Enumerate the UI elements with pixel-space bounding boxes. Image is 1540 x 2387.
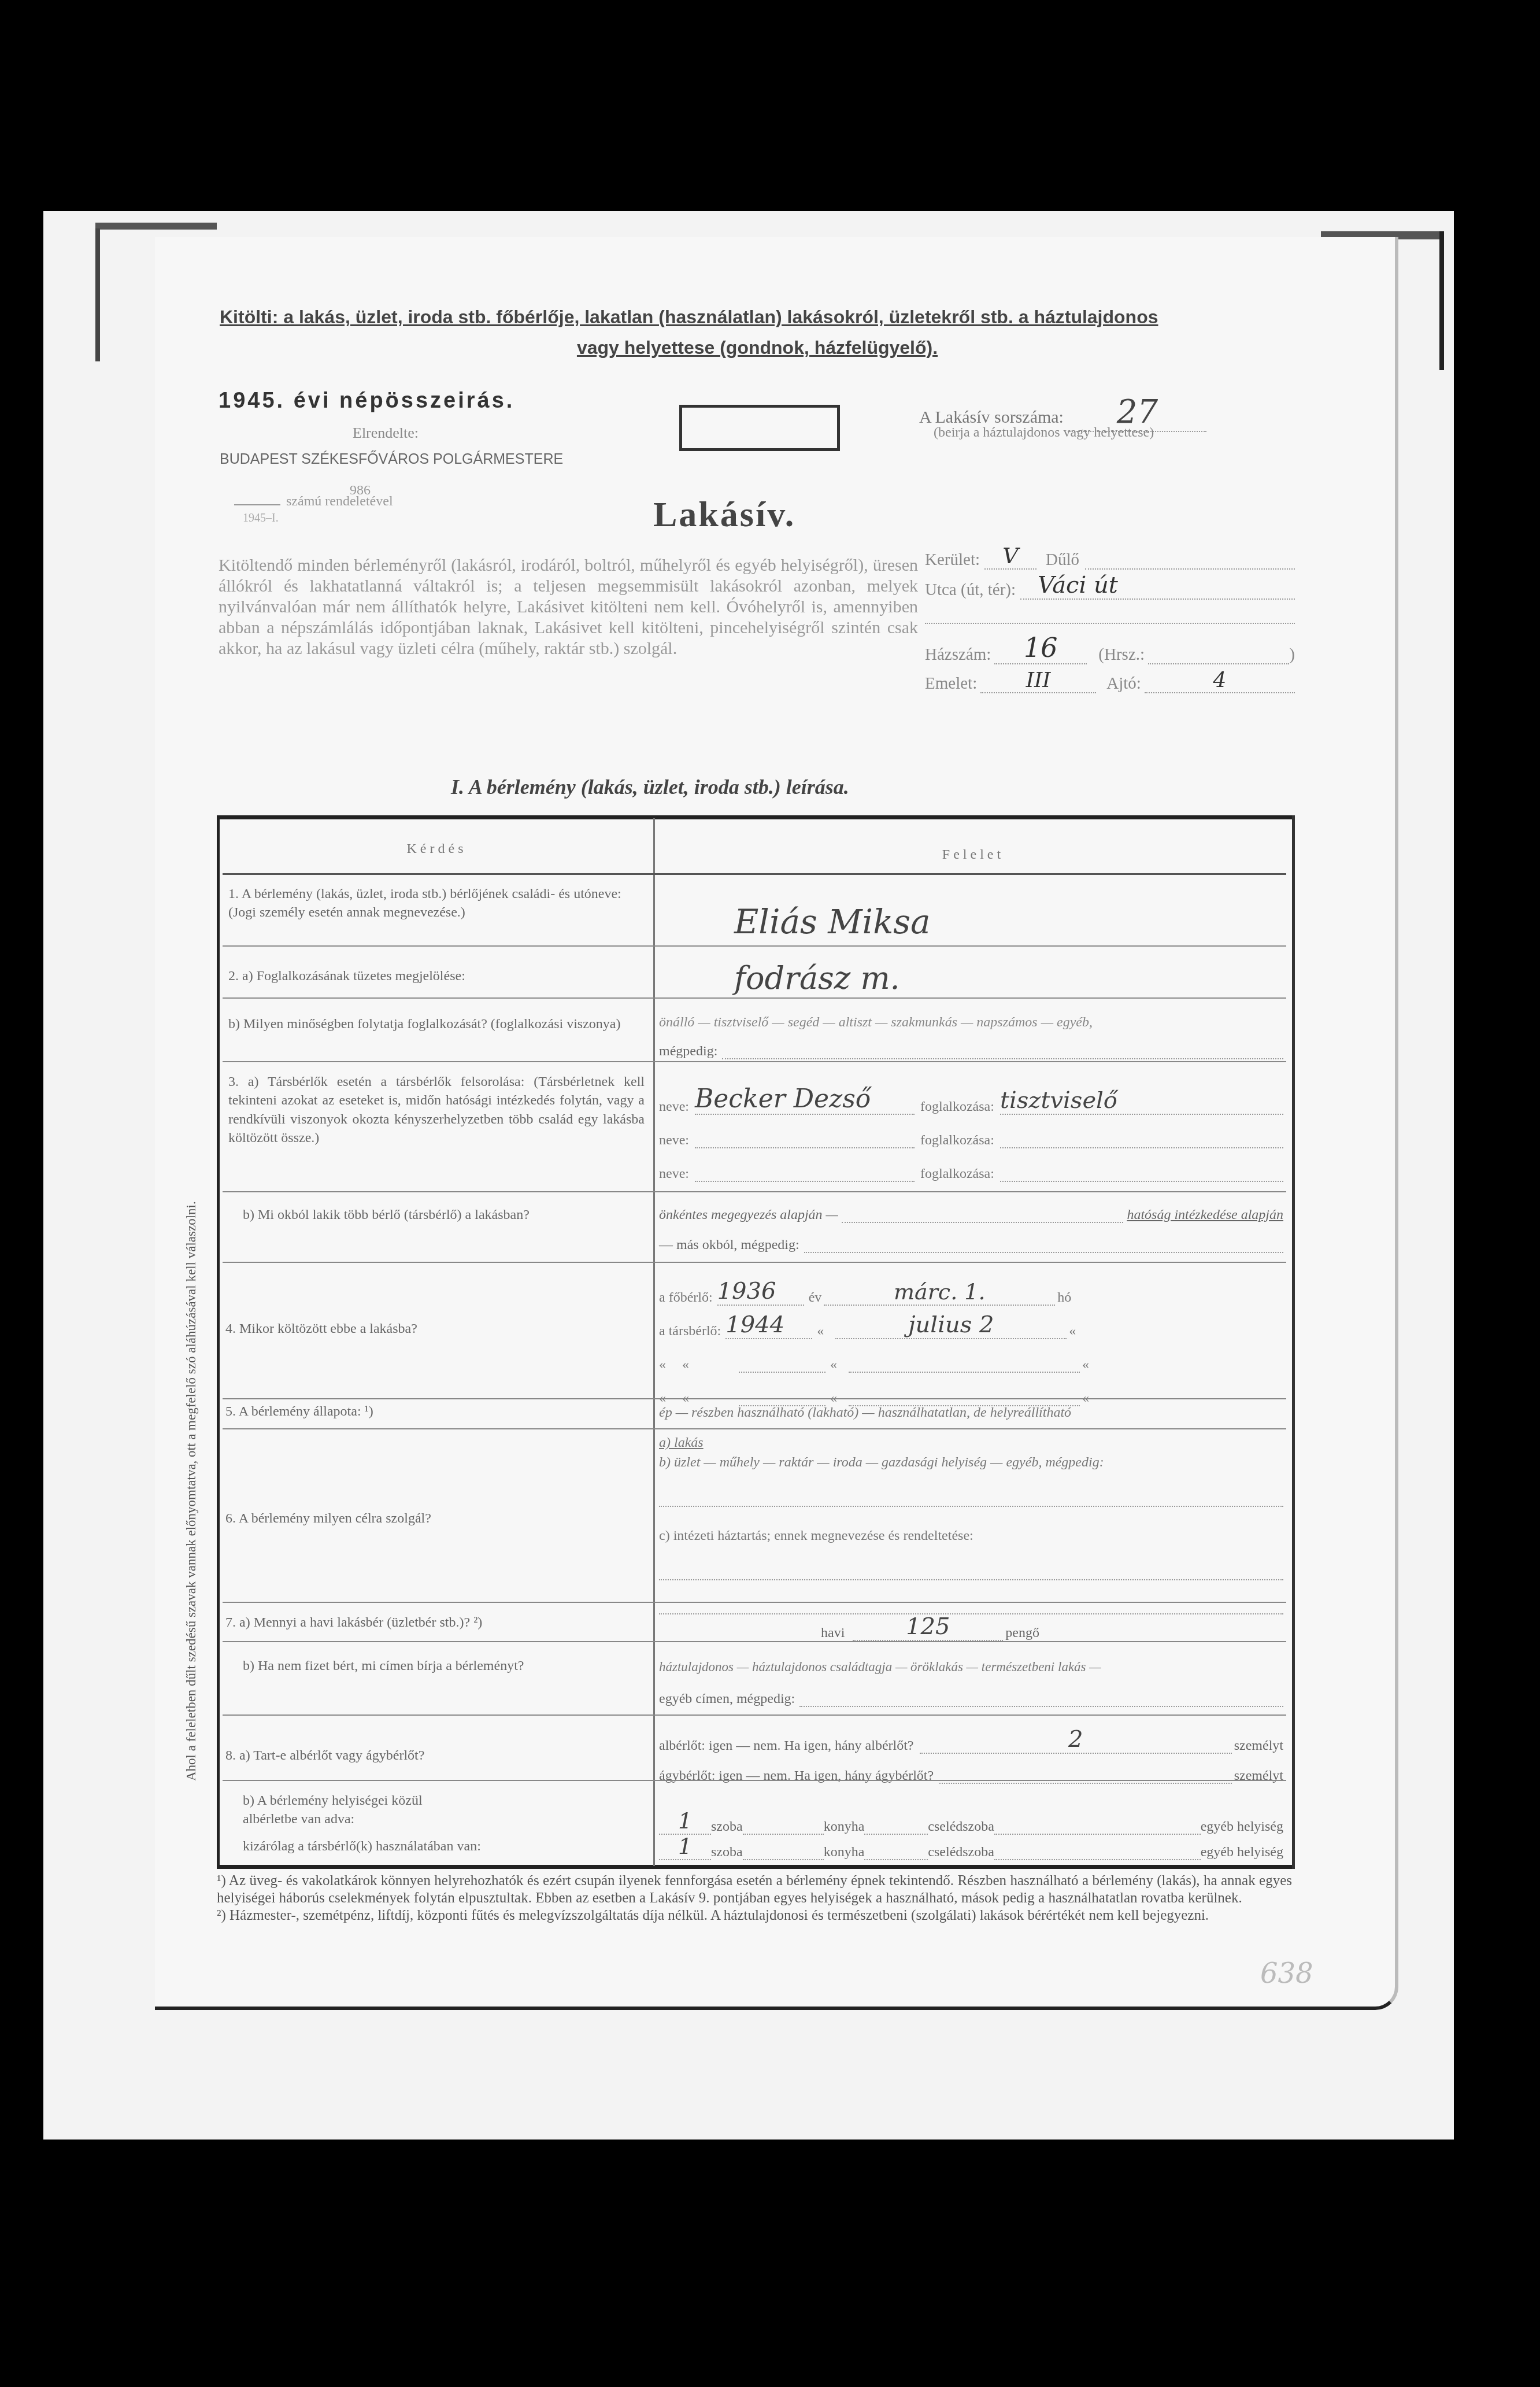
q8a-text: 8. a) Tart-e albérlőt vagy ágybérlőt?	[225, 1746, 642, 1765]
other-title-field[interactable]	[799, 1691, 1283, 1707]
purpose-business[interactable]: b) üzlet — műhely — raktár — iroda — gaz…	[659, 1455, 1283, 1495]
spacer-dots	[842, 1207, 1123, 1223]
name-label: neve:	[659, 1166, 689, 1182]
main-tenant-label: a főbérlő:	[659, 1290, 713, 1306]
archive-mark: 638	[1260, 1957, 1313, 1990]
a2b-megpedig: mégpedig:	[659, 1044, 1283, 1059]
row-rule	[223, 1714, 1286, 1716]
occupation-label: foglalkozása:	[920, 1099, 994, 1115]
room-label: szoba	[711, 1819, 743, 1835]
q8b-text: b) A bérlemény helyiségei közül albérlet…	[243, 1791, 642, 1856]
section-title: I. A bérlemény (lakás, üzlet, iroda stb.…	[451, 775, 849, 799]
footnote-2: ²) Házmester-, szemétpénz, liftdíj, közp…	[217, 1907, 1292, 1924]
row-rule	[223, 1780, 1286, 1781]
option-voluntary[interactable]: önkéntes megegyezés alapján —	[659, 1207, 838, 1223]
megpedig-label: mégpedig:	[659, 1044, 717, 1059]
a7b-options[interactable]: háztulajdonos — háztulajdonos családtagj…	[659, 1660, 1283, 1675]
bed-tenant-yes-no[interactable]: ágybérlőt: igen — nem. Ha igen, hány ágy…	[659, 1768, 934, 1784]
hrsz-close: )	[1289, 645, 1295, 664]
other-room-count[interactable]	[994, 1859, 1201, 1860]
row-rule	[223, 1641, 1286, 1642]
table-top-rule	[217, 815, 1292, 819]
purpose-institutional[interactable]: c) intézeti háztartás; ennek megnevezése…	[659, 1528, 1283, 1569]
footnote-1: ¹) Az üveg- és vakolatkárok könnyen hely…	[217, 1872, 1292, 1907]
maid-room-label: cselédszoba	[928, 1819, 994, 1835]
hrsz-field[interactable]	[1148, 663, 1289, 664]
q3a-text: 3. a) Társbérlők esetén a társbérlők fel…	[228, 1073, 645, 1148]
decree-year: 1945–I.	[243, 512, 279, 525]
door-label: Ajtó:	[1106, 674, 1141, 693]
serial-label: A Lakásív sorszáma:	[919, 408, 1064, 427]
district-label: Kerület:	[925, 550, 980, 570]
name-label: neve:	[659, 1133, 689, 1148]
table-bottom-rule	[217, 1865, 1292, 1869]
a1-tenant-name[interactable]: Eliás Miksa	[734, 902, 931, 941]
q4-text: 4. Mikor költözött ebbe a lakásba?	[225, 1320, 642, 1338]
q7a-text: 7. a) Mennyi a havi lakásbér (üzletbér s…	[225, 1613, 642, 1632]
kitchen-count[interactable]	[743, 1834, 824, 1835]
district-row: Kerület: V Dűlő	[925, 541, 1295, 570]
maid-room-count[interactable]	[864, 1859, 928, 1860]
q7b-text: b) Ha nem fizet bért, mi címen bírja a b…	[243, 1657, 642, 1675]
extra-year-field[interactable]	[739, 1372, 825, 1373]
form-title: Lakásív.	[653, 494, 795, 535]
col-answer-header: F e l e l e t	[655, 847, 1288, 863]
other-reason-field[interactable]	[804, 1237, 1283, 1253]
census-title: 1945. évi népösszeirás.	[219, 389, 514, 413]
purpose-institutional-field[interactable]	[659, 1579, 1283, 1580]
cotenant-occupation-field[interactable]	[1000, 1181, 1283, 1182]
cotenant-room-count[interactable]: 1	[659, 1834, 711, 1860]
scan-edge-left	[95, 228, 100, 361]
column-divider	[653, 818, 655, 1866]
other-room-label: egyéb helyiség	[1201, 1845, 1283, 1860]
q1-text: 1. A bérlemény (lakás, üzlet, iroda stb.…	[228, 885, 645, 922]
a7a-rent: havi 125 pengő	[821, 1613, 1039, 1641]
q8b-sublet-label: b) A bérlemény helyiségei közül albérlet…	[243, 1791, 439, 1829]
move-in-dates: a főbérlő: 1936 év márc. 1. hó a társbér…	[659, 1272, 1179, 1406]
decree-suffix: számú rendeletével	[286, 494, 393, 509]
kitchen-count[interactable]	[743, 1859, 824, 1860]
other-room-count[interactable]	[994, 1834, 1201, 1835]
room-label: szoba	[711, 1845, 743, 1860]
street-row: Utca (út, tér): Váci út	[925, 570, 1295, 600]
a3b-other: — más okból, mégpedig:	[659, 1237, 1283, 1253]
a8a-subtenants: albérlőt: igen — nem. Ha igen, hány albé…	[659, 1726, 1283, 1784]
cotenant-list: neve: Becker Dezső foglalkozása: tisztvi…	[659, 1081, 1283, 1182]
other-room-label: egyéb helyiség	[1201, 1819, 1283, 1835]
occupation-label: foglalkozása:	[920, 1166, 994, 1182]
maid-room-label: cselédszoba	[928, 1845, 994, 1860]
purpose-business-field[interactable]	[659, 1505, 1283, 1507]
cotenant-name-field[interactable]: Becker Dezső	[695, 1084, 915, 1115]
co-tenant-label: a társbérlő:	[659, 1324, 721, 1339]
street-field-cont[interactable]	[925, 600, 1295, 624]
a5-condition-options[interactable]: ép — részben használható (lakható) — has…	[659, 1405, 1283, 1421]
ditto-mark: «	[682, 1357, 734, 1373]
q6-text: 6. A bérlemény milyen célra szolgál?	[225, 1509, 642, 1528]
row-rule	[223, 1398, 1286, 1399]
ditto-mark: «	[1082, 1357, 1089, 1373]
scan-edge-right	[1439, 231, 1444, 370]
kitchen-label: konyha	[824, 1845, 865, 1860]
address-block: Kerület: V Dűlő Utca (út, tér): Váci út …	[925, 541, 1295, 693]
a2a-occupation[interactable]: fodrász m.	[734, 960, 900, 996]
a7b-other: egyéb címen, mégpedig:	[659, 1691, 1283, 1707]
a3b-options: önkéntes megegyezés alapján — hatóság in…	[659, 1207, 1283, 1223]
option-authority[interactable]: hatóság intézkedése alapján	[1127, 1207, 1283, 1223]
row-rule	[223, 1262, 1286, 1263]
purpose-institutional-field-2[interactable]	[659, 1584, 1283, 1614]
instructions-paragraph: Kitöltendő minden bérleményről (lakásról…	[219, 555, 918, 659]
co-year-field[interactable]: 1944	[725, 1311, 812, 1339]
purpose-dwelling[interactable]: a) lakás	[659, 1435, 1283, 1455]
row-rule	[223, 997, 1286, 999]
name-label: neve:	[659, 1099, 689, 1115]
sublet-room-count[interactable]: 1	[659, 1808, 711, 1835]
row-rule	[223, 1428, 1286, 1429]
cotenant-occupation-field[interactable]: tisztviselő	[1000, 1087, 1283, 1115]
main-year-field[interactable]: 1936	[717, 1278, 804, 1306]
district-field[interactable]: V	[984, 543, 1036, 570]
extra-date-row: « « « «	[659, 1373, 1179, 1406]
stamp-box	[679, 405, 840, 451]
main-tenant-date: a főbérlő: 1936 év márc. 1. hó	[659, 1272, 1179, 1306]
ditto-mark: «	[817, 1324, 824, 1339]
col-question-header: K é r d é s	[217, 841, 653, 857]
floor-row: Emelet: III Ajtó: 4	[925, 664, 1295, 693]
a2b-megpedig-field[interactable]	[722, 1044, 1283, 1059]
row-rule	[223, 945, 1286, 947]
monthly-label: havi	[821, 1625, 845, 1641]
main-month-field[interactable]: márc. 1.	[824, 1279, 1055, 1306]
hrsz-label: (Hrsz.:	[1098, 645, 1145, 664]
q2b-text: b) Milyen minőségben folytatja foglalkoz…	[228, 1015, 645, 1033]
bed-tenant-count-field[interactable]	[939, 1783, 1232, 1784]
footnotes: ¹) Az üveg- és vakolatkárok könnyen hely…	[217, 1872, 1292, 1924]
extra-date-row: « « « «	[659, 1339, 1179, 1373]
co-month-field[interactable]: julius 2	[835, 1311, 1067, 1339]
person-unit: személyt	[1234, 1768, 1283, 1784]
person-unit: személyt	[1234, 1738, 1283, 1754]
maid-room-count[interactable]	[864, 1834, 928, 1835]
authority: BUDAPEST SZÉKESFŐVÁROS POLGÁRMESTERE	[220, 451, 563, 468]
co-tenant-date: a társbérlő: 1944 « julius 2 «	[659, 1306, 1179, 1339]
header-rule	[223, 873, 1286, 875]
ditto-mark: «	[659, 1357, 682, 1373]
cotenant-row: neve: foglalkozása:	[659, 1115, 1283, 1148]
row-rule	[223, 1191, 1286, 1192]
door-field[interactable]: 4	[1145, 668, 1295, 693]
dulo-field[interactable]	[1085, 568, 1295, 570]
subtenant-count-field[interactable]: 2	[920, 1726, 1232, 1754]
subtenant-yes-no[interactable]: albérlőt: igen — nem. Ha igen, hány albé…	[659, 1738, 914, 1754]
year-label: év	[809, 1290, 822, 1306]
decree-fraction-line	[234, 504, 280, 505]
cotenant-name-field[interactable]	[695, 1181, 915, 1182]
floor-field[interactable]: III	[980, 668, 1096, 693]
ordered-by-label: Elrendelte:	[353, 424, 419, 442]
house-row: Házszám: 16 (Hrsz.: )	[925, 630, 1295, 664]
cotenant-rooms-row: 1 szoba konyha cselédszoba egyéb helyisé…	[659, 1835, 1283, 1860]
scan-tab-left	[95, 223, 217, 230]
month-label: hó	[1057, 1290, 1071, 1306]
street-field[interactable]: Váci út	[1020, 572, 1295, 600]
street-row-2	[925, 600, 1295, 630]
street-label: Utca (út, tér):	[925, 581, 1016, 600]
a6-purpose: a) lakás b) üzlet — műhely — raktár — ir…	[659, 1435, 1283, 1619]
currency-label: pengő	[1005, 1625, 1039, 1641]
cotenant-occupation-field[interactable]	[1000, 1147, 1283, 1148]
dulo-label: Dűlő	[1046, 550, 1079, 570]
fill-instruction: Kitölti: a lakás, üzlet, iroda stb. főbé…	[220, 306, 1295, 359]
sublet-rooms-row: 1 szoba konyha cselédszoba egyéb helyisé…	[659, 1807, 1283, 1835]
extra-month-field[interactable]	[849, 1372, 1080, 1373]
a8b-rooms: 1 szoba konyha cselédszoba egyéb helyisé…	[659, 1807, 1283, 1860]
other-reason-label: — más okból, mégpedig:	[659, 1237, 799, 1253]
row-rule	[223, 1602, 1286, 1603]
ditto-mark: «	[1069, 1324, 1076, 1339]
rent-field[interactable]: 125	[853, 1613, 1003, 1641]
serial-note: (beirja a háztulajdonos vagy helyettese)	[934, 425, 1154, 441]
ditto-mark: «	[830, 1357, 837, 1373]
cotenant-name-field[interactable]	[695, 1147, 915, 1148]
cotenant-row: neve: foglalkozása:	[659, 1148, 1283, 1182]
kitchen-label: konyha	[824, 1819, 865, 1835]
house-field[interactable]: 16	[994, 632, 1087, 664]
cotenant-row: neve: Becker Dezső foglalkozása: tisztvi…	[659, 1081, 1283, 1115]
a2b-options[interactable]: önálló — tisztviselő — segéd — altiszt —…	[659, 1015, 1283, 1030]
side-note: Ahol a feleletben dűlt szedésű szavak va…	[184, 856, 199, 1781]
row-rule	[223, 1061, 1286, 1062]
q8b-cotenant-label: kizárólag a társbérlő(k) használatában v…	[243, 1837, 642, 1856]
q3b-text: b) Mi okból lakik több bérlő (társbérlő)…	[243, 1206, 642, 1224]
occupation-label: foglalkozása:	[920, 1133, 994, 1148]
other-title-label: egyéb címen, mégpedig:	[659, 1691, 795, 1707]
house-label: Házszám:	[925, 645, 991, 664]
subtenant-row: albérlőt: igen — nem. Ha igen, hány albé…	[659, 1726, 1283, 1754]
q5-text: 5. A bérlemény állapota: ¹)	[225, 1402, 642, 1421]
q2a-text: 2. a) Foglalkozásának tüzetes megjelölés…	[228, 967, 645, 985]
instruction-line1: Kitölti: a lakás, üzlet, iroda stb. főbé…	[220, 306, 1295, 328]
floor-label: Emelet:	[925, 674, 977, 693]
instruction-line2: vagy helyettese (gondnok, házfelügyelő).	[220, 337, 1295, 359]
